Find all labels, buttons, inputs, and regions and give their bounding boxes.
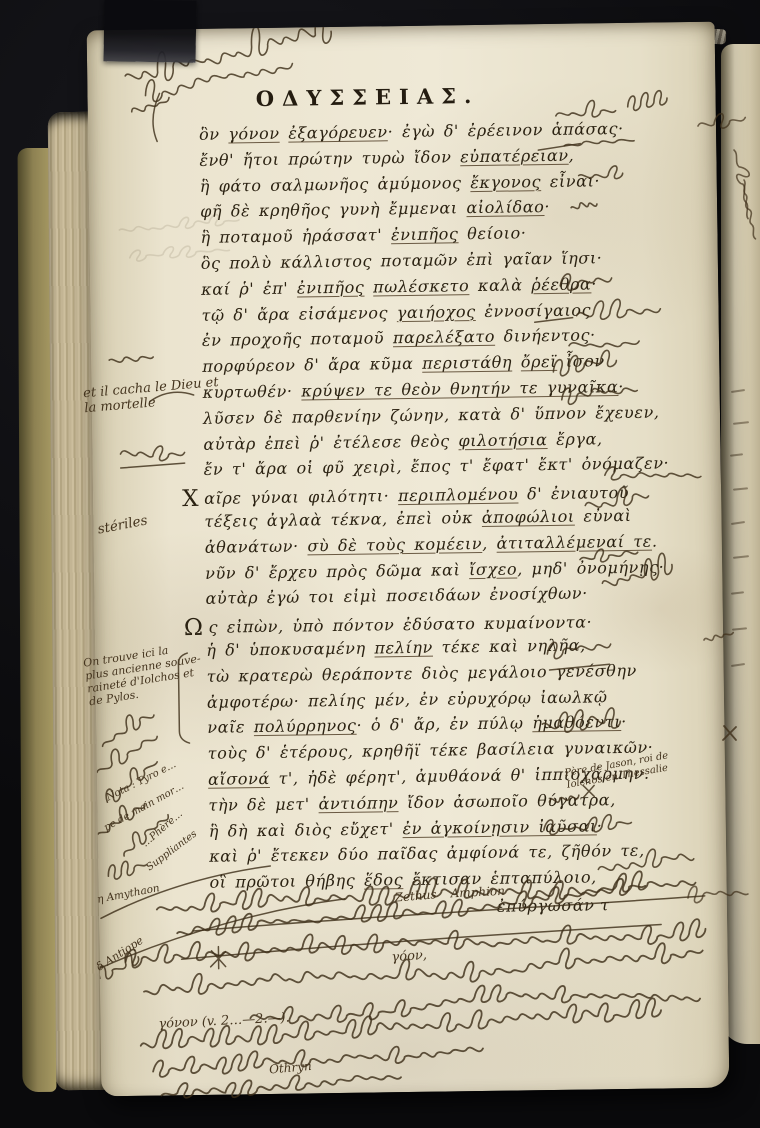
page: ΟΔΥΣΣΕΙΑΣ. ὃν γόνον ἐξαγόρευεν· ἐγὼ δ' ἐ… [87, 22, 730, 1097]
printed-line: ὃν γόνον ἐξαγόρευεν· ἐγὼ δ' ἐρέεινον ἁπά… [177, 119, 624, 144]
printed-line: ἣ φάτο σαλμωνῆος ἀμύμονος ἔκγονος εἶναι· [178, 171, 601, 196]
holding-strap [103, 0, 196, 63]
printed-line: φῆ δὲ κρηθῆος γυνὴ ἔμμεναι αἰολίδαο· [178, 197, 550, 221]
next-leaf-text-trace [733, 555, 749, 559]
next-leaf-text-trace [731, 389, 745, 393]
printed-text-block: ὃν γόνον ἐξαγόρευεν· ἐγὼ δ' ἐρέεινον ἁπά… [87, 22, 730, 1097]
printed-line: πορφύρεον δ' ἄρα κῦμα περιστάθη ὄρεϊ ἶσο… [180, 351, 605, 376]
printed-line: τὼ κρατερὼ θεράποντε διὸς μεγάλοιο γενέσ… [184, 661, 637, 686]
printed-line-text: τῷ δ' ἄρα εἰσάμενος γαιήοχος ἐννοσίγαιος [201, 300, 591, 324]
printed-line: ἣ δὴ καὶ διὸς εὔχετ' ἐν ἀγκοίνῃσιν ἰαῦσα… [187, 816, 603, 841]
printed-line-text: καὶ ῥ' ἔτεκεν δύο παῖδας ἀμφίονά τε, ζῆθ… [209, 841, 645, 866]
printed-line-text: τοὺς δ' ἑτέρους, κρηθῆϊ τέκε βασίλεια γυ… [208, 738, 654, 763]
printed-line-text: ἀθανάτων· σὺ δὲ τοὺς κομέειν, ἀτιταλλέμε… [205, 531, 658, 556]
printed-line: νῦν δ' ἔρχευ πρὸς δῶμα καὶ ἴσχεο, μηδ' ὀ… [183, 557, 664, 583]
printed-line: ἣ ποταμοῦ ἠράσσατ' ἐνιπῆος θείοιο· [178, 224, 526, 248]
next-leaf-text-trace [730, 453, 743, 457]
printed-line: λῦσεν δὲ παρθενίην ζώνην, κατὰ δ' ὕπνον … [181, 402, 660, 428]
printed-line: ἐν προχοῆς ποταμοῦ παρελέξατο δινήεντος· [180, 326, 596, 351]
printed-line: ἔν τ' ἄρα οἱ φῦ χειρὶ, ἔπος τ' ἔφατ' ἔκτ… [182, 454, 670, 480]
printed-line: κυρτωθέν· κρύψεν τε θεὸν θνητήν τε γυναῖ… [181, 377, 625, 402]
printed-line: ἀθανάτων· σὺ δὲ τοὺς κομέειν, ἀτιταλλέμε… [183, 531, 658, 557]
printed-line-text: ἀμφοτέρω· πελίης μέν, ἐν εὐρυχόρῳ ἰαωλκῷ [207, 687, 608, 712]
printed-line-text: ἔν τ' ἄρα οἱ φῦ χειρὶ, ἔπος τ' ἔφατ' ἔκτ… [204, 454, 670, 479]
printed-line-text: ἐν προχοῆς ποταμοῦ παρελέξατο δινήεντος· [202, 326, 596, 350]
printed-line-text: τὼ κρατερὼ θεράποντε διὸς μεγάλοιο γενέσ… [206, 661, 637, 686]
printed-line: καὶ ῥ' ἔτεκεν δύο παῖδας ἀμφίονά τε, ζῆθ… [187, 841, 645, 866]
printed-line-text: ὃς πολὺ κάλλιστος ποταμῶν ἐπὶ γαῖαν ἵησι… [201, 248, 603, 273]
next-leaf-text-trace [731, 521, 745, 525]
printed-line-text: λῦσεν δὲ παρθενίην ζώνην, κατὰ δ' ὕπνον … [203, 402, 660, 427]
hand-word-goon: γόον, [391, 949, 427, 966]
printed-line-text: καί ῥ' ἐπ' ἐνιπῆος πωλέσκετο καλὰ ῥέεθρα… [201, 274, 597, 299]
printed-line-text: οἳ πρῶτοι θήβης ἕδος ἔκτισαν ἑπταπύλοιο, [209, 868, 597, 892]
printed-line-text: νῦν δ' ἔρχευ πρὸς δῶμα καὶ ἴσχεο, μηδ' ὀ… [205, 557, 664, 582]
printed-line-text: ἔνθ' ἤτοι πρώτην τυρὼ ἴδον εὐπατέρειαν, [199, 145, 574, 169]
printed-line: ἔνθ' ἤτοι πρώτην τυρὼ ἴδον εὐπατέρειαν, [177, 145, 574, 170]
partial-printed-line: ἐπύργωσάν τ [497, 895, 610, 916]
printed-line-text: πορφύρεον δ' ἄρα κῦμα περιστάθη ὄρεϊ ἶσο… [202, 351, 605, 376]
next-leaf-edge [721, 44, 760, 1044]
printed-line: καί ῥ' ἐπ' ἐνιπῆος πωλέσκετο καλὰ ῥέεθρα… [179, 274, 597, 299]
printed-line-text: αὐτὰρ ἐπεὶ ῥ' ἐτέλεσε θεὸς φιλοτήσια ἔργ… [203, 429, 603, 454]
printed-line-text: ἡ δ' ὑποκυσαμένη πελίην τέκε καὶ νηλῆα, [206, 636, 586, 660]
printed-line-text: αῖρε γύναι φιλότητι· περιπλομένου δ' ἐνι… [204, 483, 629, 508]
book-photo: ΟΔΥΣΣΕΙΑΣ. ὃν γόνον ἐξαγόρευεν· ἐγὼ δ' ἐ… [0, 0, 760, 1128]
printed-line: αὐτὰρ ἐπεὶ ῥ' ἐτέλεσε θεὸς φιλοτήσια ἔργ… [181, 429, 603, 454]
next-leaf-text-trace [733, 421, 749, 425]
printed-line: ὃς πολὺ κάλλιστος ποταμῶν ἐπὶ γαῖαν ἵησι… [179, 248, 603, 273]
next-leaf-text-trace [731, 663, 745, 667]
printed-line-text: τὴν δὲ μετ' ἀντιόπην ἴδον ἀσωποῖο θύγατρ… [208, 790, 616, 815]
printed-line-text: ὃν γόνον ἐξαγόρευεν· ἐγὼ δ' ἐρέεινον ἁπά… [199, 119, 624, 144]
printed-line-text: ἣ δὴ καὶ διὸς εὔχετ' ἐν ἀγκοίνῃσιν ἰαῦσα… [209, 816, 603, 840]
printed-line: οἳ πρῶτοι θήβης ἕδος ἔκτισαν ἑπταπύλοιο, [187, 868, 597, 893]
printed-line-text: φῆ δὲ κρηθῆος γυνὴ ἔμμεναι αἰολίδαο· [200, 197, 550, 221]
hand-word-amphion: Amphion [450, 885, 505, 901]
printed-line: τὴν δὲ μετ' ἀντιόπην ἴδον ἀσωποῖο θύγατρ… [186, 790, 616, 815]
next-leaf-text-trace [733, 487, 748, 490]
printed-line-text: κυρτωθέν· κρύψεν τε θεὸν θνητήν τε γυναῖ… [203, 377, 625, 402]
printed-line: ναῖε πολύρρηνος· ὁ δ' ἄρ, ἐν πύλῳ ἠμαθόε… [185, 712, 627, 737]
printed-line-text: αὐτὰρ ἐγώ τοι εἰμὶ ποσειδάων ἐνοσίχθων· [205, 584, 588, 608]
drop-initial: Χ [182, 486, 199, 512]
drop-initial: Ω [184, 615, 204, 641]
printed-line: τοὺς δ' ἑτέρους, κρηθῆϊ τέκε βασίλεια γυ… [186, 738, 654, 764]
printed-line: ἀμφοτέρω· πελίης μέν, ἐν εὐρυχόρῳ ἰαωλκῷ [185, 687, 608, 712]
printed-line-text: ναῖε πολύρρηνος· ὁ δ' ἄρ, ἐν πύλῳ ἠμαθόε… [207, 712, 627, 737]
next-leaf-text-trace [732, 627, 747, 630]
printed-line: τῷ δ' ἄρα εἰσάμενος γαιήοχος ἐννοσίγαιος [179, 300, 591, 325]
printed-line: αὐτὰρ ἐγώ τοι εἰμὶ ποσειδάων ἐνοσίχθων· [183, 584, 588, 609]
printed-line-text: ἣ ποταμοῦ ἠράσσατ' ἐνιπῆος θείοιο· [200, 224, 526, 248]
next-leaf-text-trace [731, 591, 744, 595]
printed-line-text: ς εἰπὼν, ὑπὸ πόντον ἐδύσατο κυμαίνοντα· [208, 613, 592, 637]
printed-line-text: ἣ φάτο σαλμωνῆος ἀμύμονος ἔκγονος εἶναι· [200, 171, 601, 196]
